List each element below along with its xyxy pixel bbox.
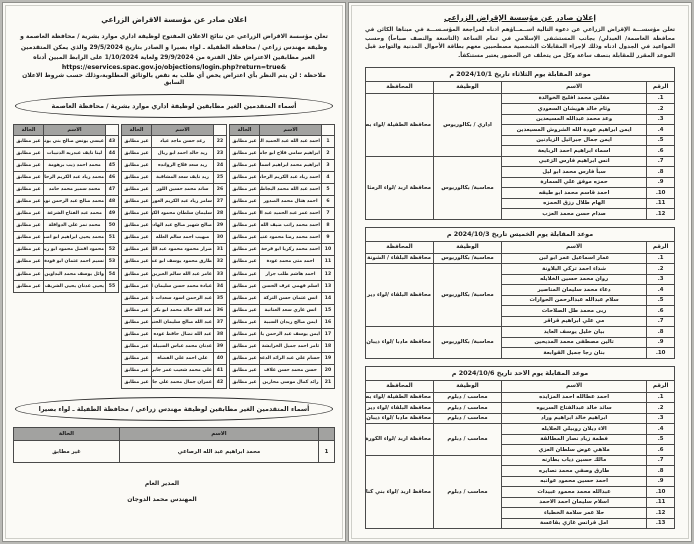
number-column-header (318, 428, 334, 441)
row-number: 11. (647, 198, 675, 209)
row-number: 8. (647, 466, 675, 477)
table-row: 26ساند محمد حسين اللوزغير مطابق (122, 183, 227, 195)
interview-table: موعد المقابلة يوم الثلاثاء تاريخ 2024/10… (365, 67, 675, 220)
non-matching-applicants-table: الاسمالحالة1احمد عبد الله عبد الحميد الس… (13, 124, 335, 390)
signature-title: المدير العام (107, 476, 217, 492)
table-title: موعد المقابلة يوم الخميس تاريخ 2024/10/3… (366, 227, 675, 241)
status-cell: غير مطابق (122, 353, 152, 365)
row-number: 45 (106, 159, 119, 171)
status-cell: غير مطابق (230, 256, 260, 268)
applicant-name: مفلين محمد افليح الخوالدة (501, 93, 646, 104)
row-number: 9. (647, 177, 675, 188)
table-row: 1.احمد عطالله احمد المزايدهمحاسب / دبلوم… (366, 392, 675, 403)
row-number: 52 (106, 244, 119, 256)
row-number: 13 (322, 280, 335, 292)
job-cell: محاسبة/ بكالوريوس (434, 253, 502, 264)
applicant-name: بيان خليل يوسف العايد (501, 327, 646, 338)
table-row: 24زيد سعد فلاح الرواندهغير مطابق (122, 159, 227, 171)
applicant-name: محمد صالح عبد الرحمن نويلات (44, 195, 106, 207)
applicant-name: حسن محمد حسن علاف (260, 365, 322, 377)
table-row: 9احمد محمد رضا محمود عنيزةغير مطابق (230, 232, 335, 244)
row-number: 48 (106, 195, 119, 207)
table-row: 17ايمن يوسف عبد الرحمن ياتيرغير مطابق (230, 329, 335, 341)
table-title-row: موعد المقابلة يوم الثلاثاء تاريخ 2024/10… (366, 67, 675, 81)
status-cell: غير مطابق (14, 256, 44, 268)
number-column-header (214, 124, 227, 135)
row-number: 39 (214, 341, 227, 353)
status-cell: غير مطابق (230, 280, 260, 292)
name-column-header: الاسم (501, 241, 646, 253)
row-number: 6 (322, 195, 335, 207)
applicant-name: زيد نايف سعد المشاقبة (152, 171, 214, 183)
table-row: 21رائد كمال موسى محارينغير مطابق (230, 377, 335, 389)
status-cell: غير مطابق (14, 135, 44, 147)
applicant-name: عامر عبد الله سالم العبرين (152, 268, 214, 280)
applicant-name: احمد هتال محمد الصدور (260, 195, 322, 207)
applicant-name: انس ابراهيم فارس الزعبي (501, 156, 646, 167)
row-number: 49 (106, 208, 119, 220)
governorate-cell: محافظة البلقاء /لواء دير علا (366, 403, 434, 414)
row-number: 5. (647, 135, 675, 146)
applicant-name: عدنان محمد عباس السبيلة (152, 341, 214, 353)
row-number: 14 (322, 292, 335, 304)
applicant-name: عبد الله صالح سليمان الحنيطي (152, 316, 214, 328)
applicant-name: محمود افضل محمود ابو زينة (44, 244, 106, 256)
right-page-intro-paragraph: تعلن مؤسسة الاقراض الزراعي عن نتائج الاع… (13, 32, 335, 64)
applicants-column: الاسمالحالة22رعد حسن ماجد عيادغير مطابق2… (121, 124, 227, 390)
table-header-row: الاسمالحالة (14, 124, 119, 135)
name-column-header: الاسم (501, 81, 646, 93)
status-cell: غير مطابق (122, 365, 152, 377)
applicant-name: وئام خالد هويشان السعودي (501, 104, 646, 115)
governorate-cell: محافظة مادبا /لواء ذيبان (366, 413, 434, 424)
applicant-name: رائد كمال موسى محارين (260, 377, 322, 389)
status-cell: غير مطابق (230, 147, 260, 159)
row-number: 5. (647, 434, 675, 445)
table-row: 14انس عثمان حسن التركةغير مطابق (230, 292, 335, 304)
row-number: 38 (214, 329, 227, 341)
status-cell: غير مطابق (230, 183, 260, 195)
applicant-name: احمد حسين محمود عوانبه (501, 476, 646, 487)
job-cell: محاسب / دبلوم (434, 413, 502, 424)
table-row: 51محمد يحيى ابراهيم ابو اصبعغير مطابق (14, 232, 119, 244)
applicant-name: اسماء ابراهيم احمد الربايعة (501, 146, 646, 157)
signature-name: المهندس محمد الدوجان (107, 492, 217, 508)
applicant-name: فطمة زياد نصار المطالقة (501, 434, 646, 445)
applicant-name: وعد محمد عبدالله المسيعدين (501, 114, 646, 125)
row-number: 36 (214, 304, 227, 316)
job-column-header: الوظيفة (434, 241, 502, 253)
table-row: 35عبد الرحمن اسود سعدات عايدغير مطابق (122, 292, 227, 304)
applicant-name: احمد زياد عبد الكريم الرحامنة (260, 171, 322, 183)
status-cell: غير مطابق (230, 171, 260, 183)
table-row: 46محمد زياد عبد الكريم الرحامنةغير مطابق (14, 171, 119, 183)
table-row: 5احمد عبد الله محمد البجاطرةغير مطابق (230, 183, 335, 195)
table-row: 2.سائد خالد عبدالفتاح السريوهمحاسب / دبل… (366, 403, 675, 414)
table-row: 52محمود افضل محمود ابو زينةغير مطابق (14, 244, 119, 256)
row-number: 1 (322, 135, 335, 147)
governorate-cell: محافظة الطفيلة /لواء بصيرا (366, 392, 434, 403)
applicant-name: حلا عمر سلامة الخطباء (501, 508, 646, 519)
applicant-name: ايمن يوسف عبد الرحمن ياتير (260, 329, 322, 341)
row-number: 20 (322, 365, 335, 377)
interview-table: موعد المقابلة يوم الاحد تاريخ 2024/10/6 … (365, 366, 675, 530)
row-number: 3 (322, 159, 335, 171)
status-cell: غير مطابق (14, 147, 44, 159)
table-row: 2ابراهيم سامي فلاح ابو جاموسغير مطابق (230, 147, 335, 159)
row-number: 2 (322, 147, 335, 159)
applicant-name: تالين مصطفى محمد المديحين (501, 337, 646, 348)
status-cell: غير مطابق (230, 268, 260, 280)
row-number: 33 (214, 268, 227, 280)
applicant-name: ايمن صالح زيدان السبية (260, 316, 322, 328)
row-number: 10. (647, 188, 675, 199)
applicant-name: محمد يحيى ابراهيم ابو اصبع (44, 232, 106, 244)
status-cell: غير مطابق (230, 316, 260, 328)
table-row: 4.الاء ديلان روبيلي الحلايلهمحاسب / دبلو… (366, 424, 675, 435)
status-cell: غير مطابق (122, 135, 152, 147)
name-column-header: الاسم (119, 428, 318, 441)
job-cell: محاسب / دبلوم (434, 424, 502, 456)
status-cell: غير مطابق (230, 353, 260, 365)
governorate-cell: محافظة البلقاء / الشونة الجنوبية (366, 253, 434, 264)
engineer-applicants-table: الاسم الحالة 1محمد ابراهيم عبد الله الرص… (13, 427, 335, 463)
applicant-name: زيد خالد احمد ابو ريال (152, 147, 214, 159)
table-row: 25زيد نايف سعد المشاقبةغير مطابق (122, 171, 227, 183)
row-number: 9. (647, 337, 675, 348)
table-row: 7.مالك حسين ذياب بطارنهمحاسب / دبلوممحاف… (366, 455, 675, 466)
applicant-name: ابراهيم خالد ابراهيم وراد (501, 413, 646, 424)
table-row: 18ثامر احمد جميل الخرابشةغير مطابق (230, 341, 335, 353)
applicant-name: ملاهي عوض سلطان العزي (501, 445, 646, 456)
table-row: 8.بيان خليل يوسف العايدمحاسبة/ بكالوريوس… (366, 327, 675, 338)
name-column-header: الاسم (152, 124, 214, 135)
table-row: 28سليمان سلطان محمود الكوزغير مطابق (122, 208, 227, 220)
applicant-name: حسام علي عبد الرائد الدعجة (260, 353, 322, 365)
row-number: 12 (322, 268, 335, 280)
table-row: 8احمد محمد راتب ضيف اللهغير مطابق (230, 220, 335, 232)
status-cell: غير مطابق (122, 171, 152, 183)
gov-column-header: المحافظة (366, 81, 434, 93)
applicant-name: احمد محمد رضا محمود عنيزة (260, 232, 322, 244)
applicant-name: احمد هاشم طلب جرار (260, 268, 322, 280)
row-number: 41 (214, 365, 227, 377)
row-number: 3. (647, 413, 675, 424)
row-number: 1. (647, 253, 675, 264)
applicant-name: ايمن جمال جبرائيل الزيادنين (501, 135, 646, 146)
status-cell: غير مطابق (14, 171, 44, 183)
row-number: 25 (214, 171, 227, 183)
applicant-name: دعاء محمد سليمان المناصير (501, 285, 646, 296)
num-column-header: الرقم (647, 241, 675, 253)
applicant-name: انس عثمان حسن التركة (260, 292, 322, 304)
row-number: 43 (106, 135, 119, 147)
table-row: 50محمد نمر علي الدوافلةغير مطابق (14, 220, 119, 232)
table-row: 27سامر زياد عبد الكريم العورانغير مطابق (122, 195, 227, 207)
table-row: 29صالح شهير صالح عبد الهاديغير مطابق (122, 220, 227, 232)
row-number: 46 (106, 171, 119, 183)
left-page-intro-paragraph: تعلن مؤسســـة الإقراض الزراعي عن دعوة ال… (365, 26, 675, 61)
table-row: 40علي احمد علي القضاةغير مطابق (122, 353, 227, 365)
status-cell: غير مطابق (14, 244, 44, 256)
row-number: 12. (647, 209, 675, 220)
name-column-header: الاسم (260, 124, 322, 135)
page-interview-schedule: إعلان صادر عن مؤسسة الإقراض الزراعي تعلن… (348, 2, 692, 542)
row-number: 7. (647, 316, 675, 327)
status-cell: غير مطابق (14, 208, 44, 220)
applicant-name: سائد خالد عبدالفتاح السريوه (501, 403, 646, 414)
name-column-header: الاسم (501, 380, 646, 392)
status-cell: غير مطابق (122, 147, 152, 159)
row-number: 29 (214, 220, 227, 232)
status-cell: غير مطابق (230, 135, 260, 147)
gov-column-header: المحافظة (366, 241, 434, 253)
row-number: 3. (647, 114, 675, 125)
table-row: 20حسن محمد حسن علافغير مطابق (230, 365, 335, 377)
applicants-column: الاسمالحالة1احمد عبد الله عبد الحميد الس… (229, 124, 335, 390)
row-number: 30 (214, 232, 227, 244)
table-row: 3.ابراهيم خالد ابراهيم ورادمحاسب / دبلوم… (366, 413, 675, 424)
right-page-title: اعلان صادر عن مؤسسة الاقراض الزراعي (13, 15, 335, 24)
status-column-header: الحالة (230, 124, 260, 135)
table-row: 42عمران جمال محمد علي جابرغير مطابق (122, 377, 227, 389)
applicant-name: عبد الرحمن اسود سعدات عايد (152, 292, 214, 304)
table-row: 47محمد سمير محمد حامدغير مطابق (14, 183, 119, 195)
row-number: 10. (647, 487, 675, 498)
row-number: 6. (647, 306, 675, 317)
row-number: 11 (322, 256, 335, 268)
table-row: 31ضرار محمود محمود عبد اللهغير مطابق (122, 244, 227, 256)
applicant-name: عبد الله نضال حافظ عوده (152, 329, 214, 341)
row-number: 2. (647, 403, 675, 414)
applicant-name: ابراهيم محمد ابراهيم اسماعيل (260, 159, 322, 171)
row-number: 37 (214, 316, 227, 328)
applicant-name: عبد الله خالد محمد ابو بكر (152, 304, 214, 316)
row-number: 3. (647, 274, 675, 285)
table-row: 45محمد احمد ذيب برهومةغير مطابق (14, 159, 119, 171)
applicant-name: ابراهيم سامي فلاح ابو جاموس (260, 147, 322, 159)
status-cell: غير مطابق (14, 195, 44, 207)
row-number: 4. (647, 285, 675, 296)
name-column-header: الاسم (44, 124, 106, 135)
status-cell: غير مطابق (230, 341, 260, 353)
row-number: 1 (318, 441, 334, 463)
status-cell: غير مطابق (14, 232, 44, 244)
status-cell: غير مطابق (122, 280, 152, 292)
status-cell: غير مطابق (122, 304, 152, 316)
interview-tables-container: موعد المقابلة يوم الثلاثاء تاريخ 2024/10… (365, 67, 675, 530)
row-number: 16 (322, 316, 335, 328)
job-cell: محاسب / دبلوم (434, 392, 502, 403)
page-objection-announcement: اعلان صادر عن مؤسسة الاقراض الزراعي تعلن… (2, 2, 346, 542)
table-row: 7احمد عمر عبد الحميد عبد الحميدغير مطابق (230, 208, 335, 220)
status-cell: غير مطابق (230, 220, 260, 232)
section2-oval-title: أسماء المتقدمين الغير مطابقين لوظيفة مهن… (15, 397, 333, 421)
status-cell: غير مطابق (230, 208, 260, 220)
objection-url: https://eservices.spac.gov.jo/objections… (13, 64, 335, 71)
row-number: 28 (214, 208, 227, 220)
table-row: 23زيد خالد احمد ابو ريالغير مطابق (122, 147, 227, 159)
row-number: 53 (106, 256, 119, 268)
number-column-header (322, 124, 335, 135)
status-cell: غير مطابق (14, 441, 120, 463)
applicant-name: بنان رجا جميل القوابعة (501, 348, 646, 359)
table-row: 11احمد متى محمد عودةغير مطابق (230, 256, 335, 268)
row-number: 8 (322, 220, 335, 232)
status-cell: غير مطابق (14, 280, 44, 292)
row-number: 15 (322, 304, 335, 316)
status-cell: غير مطابق (230, 304, 260, 316)
applicant-name: عيسى يونس صالح بني يونس (44, 135, 106, 147)
row-number: 6. (647, 445, 675, 456)
status-cell: غير مطابق (230, 292, 260, 304)
table-header-row: الرقمالاسمالوظيفةالمحافظة (366, 241, 675, 253)
job-cell: محاسبة/ بكالوريوس (434, 264, 502, 327)
status-cell: غير مطابق (230, 365, 260, 377)
row-number: 1. (647, 392, 675, 403)
table-row: 1.مفلين محمد افليح الخوالدةاداري / بكالو… (366, 93, 675, 104)
applicant-name: شذاء احمد تركي البلاونة (501, 264, 646, 275)
applicant-name: ساند محمد حسين اللوز (152, 183, 214, 195)
applicant-name: احمد عطالله احمد المزايده (501, 392, 646, 403)
row-number: 47 (106, 183, 119, 195)
table-header-row: الاسمالحالة (230, 124, 335, 135)
status-cell: غير مطابق (14, 183, 44, 195)
table-row: 1احمد عبد الله عبد الحميد السعودغير مطاب… (230, 135, 335, 147)
applicant-name: عبدالله محمد محمود عبيدات (501, 487, 646, 498)
applicant-name: عمران جمال محمد علي جابر (152, 377, 214, 389)
status-cell: غير مطابق (122, 292, 152, 304)
applicant-name: احمد محمد زكريا ابو فرحة (260, 244, 322, 256)
applicant-name: ايمن ابراهيم عودة الله الشروش المسيعدين (501, 125, 646, 136)
status-cell: غير مطابق (230, 159, 260, 171)
job-cell: محاسب / دبلوم (434, 455, 502, 529)
row-number: 4. (647, 424, 675, 435)
applicant-name: صهيب احمد سالم العلله (152, 232, 214, 244)
applicant-name: سامر زياد عبد الكريم العوران (152, 195, 214, 207)
num-column-header: الرقم (647, 81, 675, 93)
row-number: 21 (322, 377, 335, 389)
job-cell: محاسب / دبلوم (434, 403, 502, 414)
left-page-title: إعلان صادر عن مؤسسة الإقراض الزراعي (365, 13, 675, 22)
table-row: 16ايمن صالح زيدان السبيةغير مطابق (230, 316, 335, 328)
status-cell: غير مطابق (230, 329, 260, 341)
num-column-header: الرقم (647, 380, 675, 392)
status-cell: غير مطابق (122, 195, 152, 207)
table-row: 37عبد الله صالح سليمان الحنيطيغير مطابق (122, 316, 227, 328)
status-column-header: الحالة (14, 124, 44, 135)
table-row: 4احمد زياد عبد الكريم الرحامنةغير مطابق (230, 171, 335, 183)
applicant-name: مي علي ابراهيم قراقر (501, 316, 646, 327)
row-number: 51 (106, 232, 119, 244)
governorate-cell: محافظة اربد /لواء الرمثا (366, 156, 434, 219)
signature-block: المدير العام المهندس محمد الدوجان (107, 476, 217, 507)
applicant-name: محمد ابراهيم عبد الله الرصاعي (119, 441, 318, 463)
applicant-name: اسلم فهمي عزف الحسن (260, 280, 322, 292)
applicant-name: الهام طلال رزق الحمزه (501, 198, 646, 209)
table-row: 3ابراهيم محمد ابراهيم اسماعيلغير مطابق (230, 159, 335, 171)
applicant-name: سليمان سلطان محمود الكوز (152, 208, 214, 220)
table-row: 49محمد عبد الفتاح الشرعةغير مطابق (14, 208, 119, 220)
table-row: 55يحيى عدنان يحيى الشريفغير مطابق (14, 280, 119, 292)
table-row: 36عبد الله خالد محمد ابو بكرغير مطابق (122, 304, 227, 316)
note-line: ملاحظة : لن يتم النظر بأي اعتراض يخص أي … (13, 72, 335, 86)
applicant-name: عبادة محمد حسن سليمان الفتاح (152, 280, 214, 292)
status-cell: غير مطابق (230, 232, 260, 244)
table-row: 19حسام علي عبد الرائد الدعجةغير مطابق (230, 353, 335, 365)
table-header-row: الاسم الحالة (14, 428, 335, 441)
status-cell: غير مطابق (122, 268, 152, 280)
table-header-row: الاسمالحالة (122, 124, 227, 135)
applicant-name: محمد سمير محمد حامد (44, 183, 106, 195)
table-row: 41علي محمد شعيب عمر جابرغير مطابق (122, 365, 227, 377)
table-header-row: الرقمالاسمالوظيفةالمحافظة (366, 81, 675, 93)
table-row: 39عدنان محمد عباس السبيلةغير مطابق (122, 341, 227, 353)
row-number: 5. (647, 295, 675, 306)
row-number: 31 (214, 244, 227, 256)
row-number: 11. (647, 497, 675, 508)
status-cell: غير مطابق (122, 244, 152, 256)
job-cell: محاسبة/ بكالوريوس (434, 327, 502, 359)
applicant-name: احمد عبد الله عبد الحميد السعود (260, 135, 322, 147)
applicant-name: علي احمد علي القضاة (152, 353, 214, 365)
table-row: 7.انس ابراهيم فارس الزعبيمحاسبة/ بكالوري… (366, 156, 675, 167)
row-number: 40 (214, 353, 227, 365)
applicant-name: لينا نايف عبدربه الذنيبات (44, 147, 106, 159)
row-number: 10. (647, 348, 675, 359)
row-number: 22 (214, 135, 227, 147)
table-row: 30صهيب احمد سالم العللهغير مطابق (122, 232, 227, 244)
applicant-name: طارق وصفي محمد نصايره (501, 466, 646, 477)
applicant-name: احمد عبد الله محمد البجاطرة (260, 183, 322, 195)
table-row: 32طارق محمود يوسف ابو عطرغير مطابق (122, 256, 227, 268)
status-cell: غير مطابق (230, 377, 260, 389)
row-number: 34 (214, 280, 227, 292)
row-number: 32 (214, 256, 227, 268)
row-number: 23 (214, 147, 227, 159)
applicant-name: عمار اسماعيل عمر ابو لبن (501, 253, 646, 264)
row-number: 13. (647, 518, 675, 529)
status-cell: غير مطابق (122, 183, 152, 195)
table-row: 44لينا نايف عبدربه الذنيباتغير مطابق (14, 147, 119, 159)
table-title: موعد المقابلة يوم الاحد تاريخ 2024/10/6 … (366, 366, 675, 380)
section1-oval-title: أسماء المتقدمين الغير مطابقين لوظيفة ادا… (15, 94, 333, 118)
applicant-name: زيد سعد فلاح الروانده (152, 159, 214, 171)
number-column-header (106, 124, 119, 135)
table-row: 38عبد الله نضال حافظ عودهغير مطابق (122, 329, 227, 341)
table-row: 10احمد محمد زكريا ابو فرحةغير مطابق (230, 244, 335, 256)
applicant-name: طارق محمود يوسف ابو عطر (152, 256, 214, 268)
row-number: 42 (214, 377, 227, 389)
applicant-name: احمد متى محمد عودة (260, 256, 322, 268)
row-number: 18 (322, 341, 335, 353)
applicant-name: علي محمد شعيب عمر جابر (152, 365, 214, 377)
interview-table: موعد المقابلة يوم الخميس تاريخ 2024/10/3… (365, 227, 675, 359)
table-row: 12احمد هاشم طلب جرارغير مطابق (230, 268, 335, 280)
applicant-name: انس غازي سعد العنانبة (260, 304, 322, 316)
table-title-row: موعد المقابلة يوم الخميس تاريخ 2024/10/3… (366, 227, 675, 241)
table-row: 22رعد حسن ماجد عيادغير مطابق (122, 135, 227, 147)
applicants-column: الاسمالحالة43عيسى يونس صالح بني يونسغير … (13, 124, 119, 293)
table-row: 2.شذاء احمد تركي البلاونةمحاسبة/ بكالوري… (366, 264, 675, 275)
row-number: 7 (322, 208, 335, 220)
table-title: موعد المقابلة يوم الثلاثاء تاريخ 2024/10… (366, 67, 675, 81)
status-cell: غير مطابق (230, 195, 260, 207)
status-cell: غير مطابق (122, 377, 152, 389)
table-row: 54وائل يوسف محمد البداوينغير مطابق (14, 268, 119, 280)
applicant-name: امل قرانس غازي بقاعسة (501, 518, 646, 529)
row-number: 10 (322, 244, 335, 256)
